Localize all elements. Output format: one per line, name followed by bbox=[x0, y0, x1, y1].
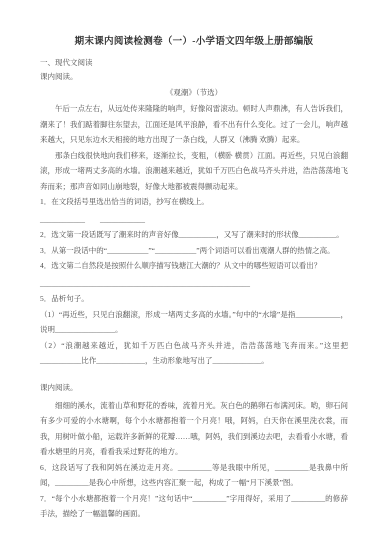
section-heading: 一、现代文阅读 bbox=[40, 56, 348, 70]
reading2-label: 课内阅读。 bbox=[40, 381, 348, 395]
question-5-sub-1: （1）“再近些，只见白浪翻滚，形成一堵两丈多高的水墙。”句中的“水墙”是指___… bbox=[40, 307, 348, 338]
question-1-answer-blanks: ____________ ____________ bbox=[40, 212, 348, 228]
passage1-title: 《观潮》（节选） bbox=[40, 85, 348, 100]
section-spacer bbox=[40, 369, 348, 381]
question-5: 5．品析句子。 bbox=[40, 291, 348, 307]
passage2-paragraph-1: 细细的溪水，流着山草和野花的香味，流着月光。灰白色的鹅卵石布满河床。哟，卵石间有… bbox=[40, 398, 348, 460]
question-4-answer-blank: ________________________________________… bbox=[40, 276, 348, 292]
doc-title: 期末课内阅读检测卷（一）-小学语文四年级上册部编版 bbox=[40, 36, 348, 49]
question-5-sub-2: （2）“浪潮越来越近，犹如千万匹白色战马齐头并进，浩浩荡荡地飞奔而来。”这里把_… bbox=[40, 338, 348, 369]
passage1-paragraph-1: 午后一点左右，从远处传来隆隆的响声，好像闷雷滚动。顿时人声鼎沸，有人告诉我们，潮… bbox=[40, 101, 348, 148]
exam-paper-page: 期末课内阅读检测卷（一）-小学语文四年级上册部编版 一、现代文阅读 课内阅读。 … bbox=[0, 0, 382, 540]
reading1-label: 课内阅读。 bbox=[40, 70, 348, 84]
question-3: 3．从第一段话中的“___________”“___________”两个词语可… bbox=[40, 243, 348, 259]
question-2: 2．选文第一段话既写了潮来时的声音好像__________，又写了潮来时的形状像… bbox=[40, 227, 348, 243]
question-6: 6．这段话写了我和阿妈在溪边走月亮。_________等是我眼中所见，_____… bbox=[40, 460, 348, 491]
question-1: 1．在文段括号里选出恰当的词语，抄写在横线上。 bbox=[40, 194, 348, 210]
question-4: 4．选文第二自然段是按照什么顺序描写钱塘江大潮的？从文中的哪些短语可以看出？ bbox=[40, 258, 348, 274]
passage1-paragraph-2: 那条白线很快地向我们移来，逐渐拉长，变粗，（横卧 横贯）江面。再近些，只见白浪翻… bbox=[40, 148, 348, 195]
question-7: 7．“每个小水塘都抱着一个月亮！”这句话中“_________”字用得好，采用了… bbox=[40, 491, 348, 522]
